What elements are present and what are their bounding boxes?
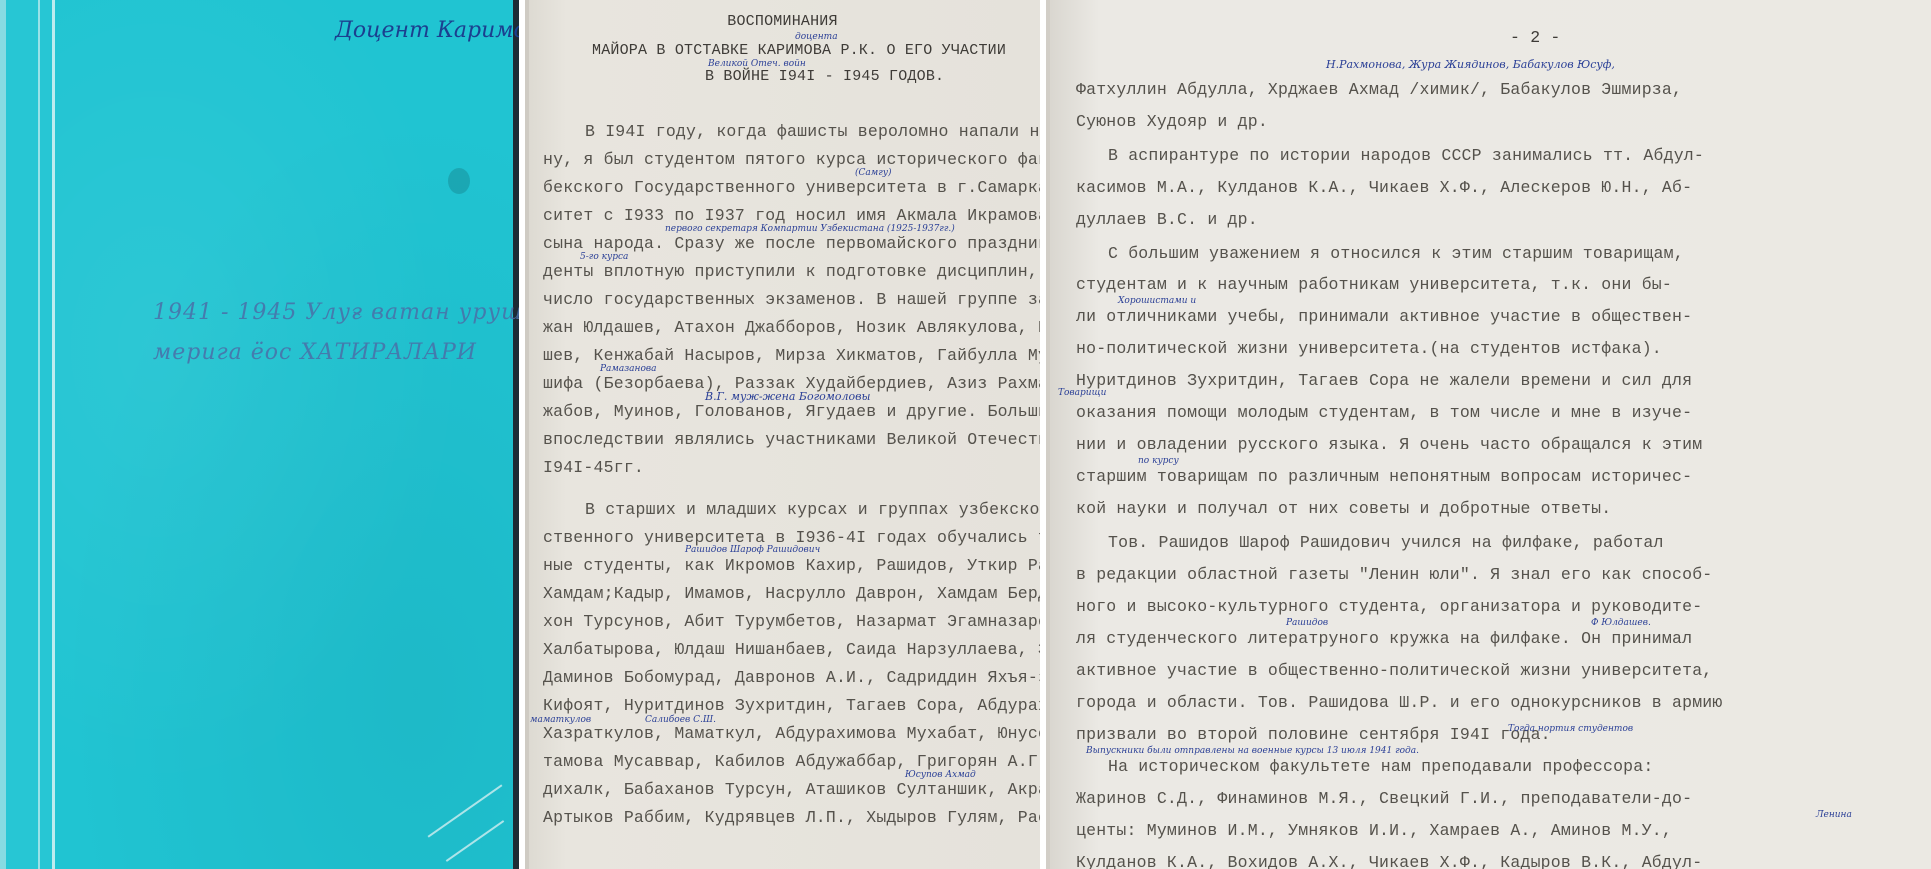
- text-line: ля студенческого литератруного кружка на…: [1076, 629, 1692, 648]
- handwritten-annotation: Товарищи: [1058, 388, 1106, 398]
- text-line: центы: Муминов И.М., Умняков И.И., Хамра…: [1076, 821, 1672, 840]
- text-line: шев, Кенжабай Насыров, Мирза Хикматов, Г…: [543, 346, 1040, 365]
- handwritten-annotation: по курсу: [1138, 456, 1179, 466]
- handwritten-annotation: Ф Юлдашев.: [1591, 618, 1651, 628]
- text-line: кой науки и получал от них советы и добр…: [1076, 499, 1611, 518]
- handwritten-annotation: Выпускники были отправлены на военные ку…: [1086, 746, 1419, 756]
- text-line: ного и высоко-культурного студента, орга…: [1076, 597, 1702, 616]
- text-line: В I94I году, когда фашисты вероломно нап…: [585, 122, 1040, 141]
- text-line: Даминов Бобомурад, Давронов А.И., Садрид…: [543, 668, 1040, 687]
- text-line: дихалк, Бабаханов Турсун, Аташиков Султа…: [543, 780, 1040, 799]
- text-line: сына народа. Сразу же после первомайског…: [543, 234, 1040, 253]
- page-heading-line: В ВОЙНЕ I94I - I945 ГОДОВ.: [705, 68, 944, 85]
- text-line: впоследствии являлись участниками Велико…: [543, 430, 1040, 449]
- handwritten-annotation: Ленина: [1816, 810, 1852, 820]
- handwritten-annotation: В.Г. муж-жена Богомоловы: [705, 390, 871, 403]
- text-line: жабов, Муинов, Голованов, Ягудаев и друг…: [543, 402, 1040, 421]
- text-line: но-политической жизни университета.(на с…: [1076, 339, 1662, 358]
- text-line: хон Турсунов, Абит Турумбетов, Назармат …: [543, 612, 1040, 631]
- text-line: нии и овладении русского языка. Я очень …: [1076, 435, 1702, 454]
- handwritten-annotation: Рашидов: [1286, 618, 1328, 628]
- text-line: Хамдам;Кадыр, Имамов, Насрулло Даврон, Х…: [543, 584, 1040, 603]
- cover-signature: Доцент Каримов Р. К.: [335, 18, 519, 43]
- text-line: Нуритдинов Зухритдин, Тагаев Сора не жал…: [1076, 371, 1692, 390]
- text-line: Жаринов С.Д., Финаминов М.Я., Свецкий Г.…: [1076, 789, 1692, 808]
- text-line: ные студенты, как Икромов Кахир, Рашидов…: [543, 556, 1040, 575]
- text-line: в редакции областной газеты "Ленин юли".…: [1076, 565, 1712, 584]
- text-line: число государственных экзаменов. В нашей…: [543, 290, 1040, 309]
- page-number: - 2 -: [1510, 28, 1561, 47]
- text-line: тамова Мусаввар, Кабилов Абдужаббар, Гри…: [543, 752, 1040, 771]
- text-line: В аспирантуре по истории народов СССР за…: [1108, 146, 1704, 165]
- text-line: Халбатырова, Юлдаш Нишанбаев, Саида Нарз…: [543, 640, 1040, 659]
- text-line: На историческом факультете нам преподава…: [1108, 757, 1654, 776]
- text-line: Суюнов Худояр и др.: [1076, 112, 1268, 131]
- handwritten-annotation: Салибоев С.Ш.: [645, 715, 716, 725]
- text-line: оказания помощи молодым студентам, в том…: [1076, 403, 1692, 422]
- handwritten-annotation: Тогда нортия студентов: [1508, 724, 1633, 734]
- text-line: бекского Государственного университета в…: [543, 178, 1040, 197]
- text-line: жан Юлдашев, Атахон Джабборов, Нозик Авл…: [543, 318, 1040, 337]
- text-line: ну, я был студентом пятого курса историч…: [543, 150, 1040, 169]
- text-line: студентам и к научным работникам универс…: [1076, 275, 1672, 294]
- handwritten-annotation: маматкулов: [530, 715, 591, 725]
- cover-title-line: мерига ёос ХАТИРАЛАРИ: [153, 340, 477, 365]
- handwritten-annotation: первого секретаря Компартии Узбекистана …: [665, 224, 955, 234]
- text-line: Тов. Рашидов Шароф Рашидович учился на ф…: [1108, 533, 1664, 552]
- handwritten-annotation: Великой Отеч. войн: [708, 59, 806, 69]
- text-line: Кифоят, Нуритдинов Зухритдин, Тагаев Сор…: [543, 696, 1040, 715]
- notebook-cover-photo: Доцент Каримов Р. К. 1941 - 1945 Улуғ ва…: [0, 0, 519, 869]
- text-line: Артыков Раббим, Кудрявцев Л.П., Хыдыров …: [543, 808, 1040, 827]
- text-line: активное участие в общественно-политичес…: [1076, 661, 1712, 680]
- page-heading-line: МАЙОРА В ОТСТАВКЕ КАРИМОВА Р.К. О ЕГО УЧ…: [592, 42, 1006, 59]
- wear-mark: [446, 820, 504, 862]
- page-edge: [525, 0, 529, 869]
- handwritten-annotation: Рамазанова: [600, 364, 656, 374]
- text-line: ситет с I933 по I937 год носил имя Акмал…: [543, 206, 1040, 225]
- typewritten-page-1: ВОСПОМИНАНИЯ МАЙОРА В ОТСТАВКЕ КАРИМОВА …: [525, 0, 1040, 869]
- page-edge: [1046, 0, 1050, 869]
- typewritten-page-2: - 2 - Н.Рахмонова, Жура Жиядинов, Бабаку…: [1046, 0, 1931, 869]
- cover-spine: [0, 0, 55, 869]
- text-line: города и области. Тов. Рашидова Ш.Р. и е…: [1076, 693, 1723, 712]
- text-line: дуллаев В.С. и др.: [1076, 210, 1258, 229]
- handwritten-annotation: Хорошистами и: [1118, 296, 1196, 306]
- page-heading-line: ВОСПОМИНАНИЯ: [525, 13, 1040, 30]
- cover-edge-shadow: [513, 0, 519, 869]
- text-line: призвали во второй половине сентября I94…: [1076, 725, 1551, 744]
- spine-crease: [38, 0, 40, 869]
- handwritten-annotation: Рашидов Шароф Рашидович: [685, 545, 820, 555]
- text-line: Хазраткулов, Маматкул, Абдурахимова Муха…: [543, 724, 1040, 743]
- text-line: касимов М.А., Кулданов К.А., Чикаев Х.Ф.…: [1076, 178, 1692, 197]
- text-line: Кулданов К.А., Вохидов А.Х., Чикаев Х.Ф.…: [1076, 853, 1702, 869]
- text-line: ли отличниками учебы, принимали активное…: [1076, 307, 1692, 326]
- text-line: старшим товарищам по различным непонятны…: [1076, 467, 1692, 486]
- text-line: Фатхуллин Абдулла, Хрджаев Ахмад /химик/…: [1076, 80, 1682, 99]
- text-line: денты вплотную приступили к подготовке д…: [543, 262, 1040, 281]
- handwritten-annotation: Н.Рахмонова, Жура Жиядинов, Бабакулов Юс…: [1326, 58, 1615, 71]
- handwritten-annotation: Юсупов Ахмад: [905, 770, 976, 780]
- handwritten-annotation: (Самгу): [855, 168, 892, 178]
- text-line: С большим уважением я относился к этим с…: [1108, 244, 1684, 263]
- handwritten-annotation: доцента: [795, 32, 838, 42]
- text-line: I94I-45гг.: [543, 458, 644, 477]
- ink-stain: [448, 168, 470, 194]
- handwritten-annotation: 5-го курса: [580, 252, 628, 262]
- text-line: В старших и младших курсах и группах узб…: [585, 500, 1040, 519]
- cover-title-line: 1941 - 1945 Улуғ ватан урушиа олин-: [153, 300, 519, 325]
